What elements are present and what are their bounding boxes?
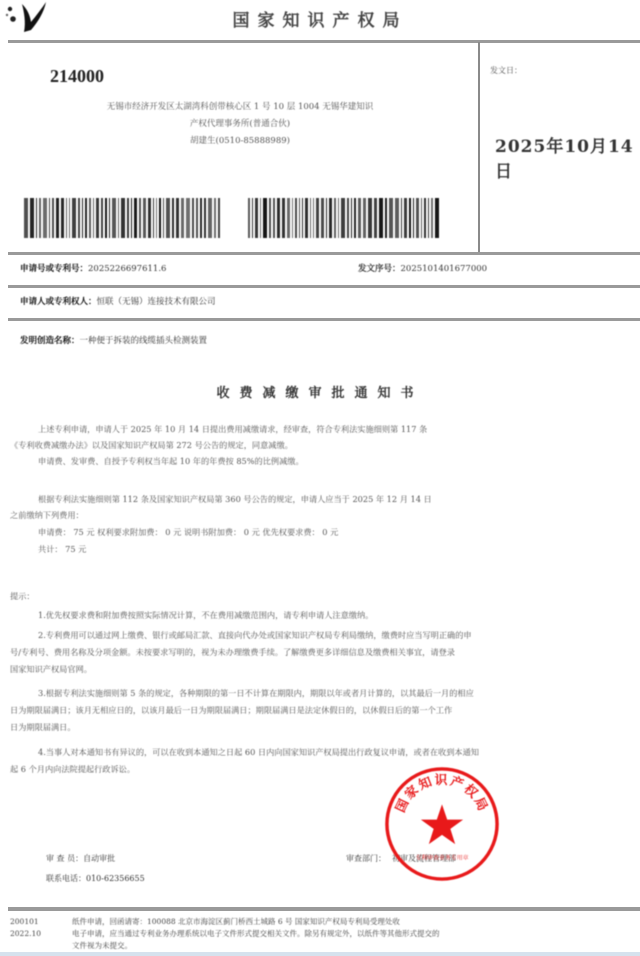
hint-item: 号/专利号、费用名称及分项金额。未按要求写明的，视为未办理缴费手续。了解缴费更多…	[10, 644, 640, 660]
barcode-left	[24, 198, 222, 238]
footer-code: 2022.10	[10, 929, 72, 938]
address-line: 产权代理事务所(普通合伙)	[30, 116, 450, 133]
application-no-label: 申请号或专利号：	[20, 264, 88, 274]
hint-item: 1.优先权要求费和附加费按照实际情况计算，不在费用减缴范围内，请专利申请人注意缴…	[10, 607, 640, 623]
hint-item: 日为期限届满日。	[10, 719, 640, 735]
serial-no-field: 发文序号：2025101401677000	[358, 262, 487, 274]
address-line: 无锡市经济开发区太湖湾科创带核心区 1 号 10 层 1004 无锡华建知识	[30, 99, 450, 116]
header-vertical-divider	[478, 42, 480, 252]
seal-subtext: 专利审查业务专用章	[415, 853, 468, 861]
org-title: 国家知识产权局	[0, 6, 640, 31]
application-no-value: 2025226697611.6	[88, 264, 166, 274]
header-divider	[8, 40, 640, 43]
divider	[8, 318, 640, 321]
hint-item: 3.根据专利法实施细则第 5 条的规定，各种期限的第一日不计算在期限内，期限以年…	[10, 685, 640, 701]
phone-field: 联系电话：010-62356655	[46, 873, 145, 884]
notice-paragraph: 申请费、发审费、自授予专利权当年起 10 年的年费按 85%的比例减缴。	[10, 453, 640, 469]
fee-total: 共计： 75 元	[10, 541, 640, 557]
dept-label: 审查部门：	[346, 854, 386, 863]
star-icon	[421, 804, 463, 844]
divider	[8, 285, 640, 288]
applicant-field: 申请人或专利权人：恒联（无锡）连接技术有限公司	[20, 295, 216, 307]
address-line: 胡建生(0510-85888989)	[30, 133, 450, 150]
hint-item: 起 6 个月内向法院提起行政诉讼。	[10, 761, 640, 777]
footer-row: 文件视为未提交。	[10, 940, 640, 951]
fee-list: 申请费： 75 元 权利要求附加费： 0 元 说明书附加费： 0 元 优先权要求…	[10, 524, 640, 540]
notice-paragraph: 之前缴纳下列费用：	[10, 507, 640, 523]
title-field: 发明创造名称：一种便于拆装的线缆插头检测装置	[20, 334, 207, 346]
footer-text: 纸件申请，回函请寄：100088 北京市海淀区蓟门桥西土城路 6 号 国家知识产…	[72, 917, 400, 926]
applicant-label: 申请人或专利权人：	[20, 297, 97, 307]
issue-date: 2025年10月14日	[495, 132, 640, 182]
footer-text: 电子申请，应当通过专利业务办理系统以电子文件形式提交相关文件。除另有规定外，以纸…	[72, 929, 440, 938]
footer-row: 2022.10电子申请，应当通过专利业务办理系统以电子文件形式提交相关文件。除另…	[10, 928, 640, 939]
hints-label: 提示：	[10, 588, 640, 604]
examiner-label: 审 查 员：	[46, 854, 83, 863]
issue-date-label: 发文日：	[490, 65, 522, 76]
notice-title: 收费减缴审批通知书	[0, 382, 640, 401]
title-value: 一种便于拆装的线缆插头检测装置	[80, 336, 208, 346]
hint-item: 日为期限届满日；该月无相应日的，以该月最后一日为期限届满日；期限届满日是法定休假…	[10, 702, 640, 718]
mailing-address: 无锡市经济开发区太湖湾科创带核心区 1 号 10 层 1004 无锡华建知识 产…	[30, 99, 450, 150]
notice-paragraph: 《专利收费减缴办法》以及国家知识产权局第 272 号公告的规定，同意减缴。	[10, 437, 640, 453]
page-bottom-edge	[0, 952, 640, 956]
official-seal: 国家知识产权局 专利审查业务专用章	[383, 765, 501, 883]
phone-value: 010-62356655	[86, 874, 145, 883]
application-no-field: 申请号或专利号：2025226697611.6	[20, 262, 166, 274]
footer-code: 200101	[10, 917, 72, 926]
notice-paragraph: 上述专利申请，申请人于 2025 年 10 月 14 日提出费用减缴请求，经审查…	[10, 421, 640, 437]
notice-paragraph: 根据专利法实施细则第 112 条及国家知识产权局第 360 号公告的规定，申请人…	[10, 491, 640, 507]
divider	[8, 252, 640, 255]
barcode-right	[248, 198, 441, 238]
serial-no-label: 发文序号：	[358, 264, 401, 274]
footer-divider	[8, 907, 640, 911]
title-label: 发明创造名称：	[20, 336, 80, 346]
hint-item: 4.当事人对本通知书有异议的，可以在收到本通知之日起 60 日内向国家知识产权局…	[10, 744, 640, 760]
footer-row: 200101纸件申请，回函请寄：100088 北京市海淀区蓟门桥西土城路 6 号…	[10, 916, 640, 927]
applicant-value: 恒联（无锡）连接技术有限公司	[97, 297, 216, 307]
footer-text: 文件视为未提交。	[72, 941, 132, 950]
postcode: 214000	[50, 66, 104, 87]
hint-item: 国家知识产权局官网。	[10, 661, 640, 677]
examiner-field: 审 查 员：自动审批	[46, 853, 115, 864]
hint-item: 2.专利费用可以通过网上缴费、银行或邮局汇款、直接向代办处或国家知识产权局专利局…	[10, 627, 640, 643]
serial-no-value: 2025101401677000	[401, 264, 488, 274]
phone-label: 联系电话：	[46, 874, 86, 883]
examiner-value: 自动审批	[83, 854, 115, 863]
